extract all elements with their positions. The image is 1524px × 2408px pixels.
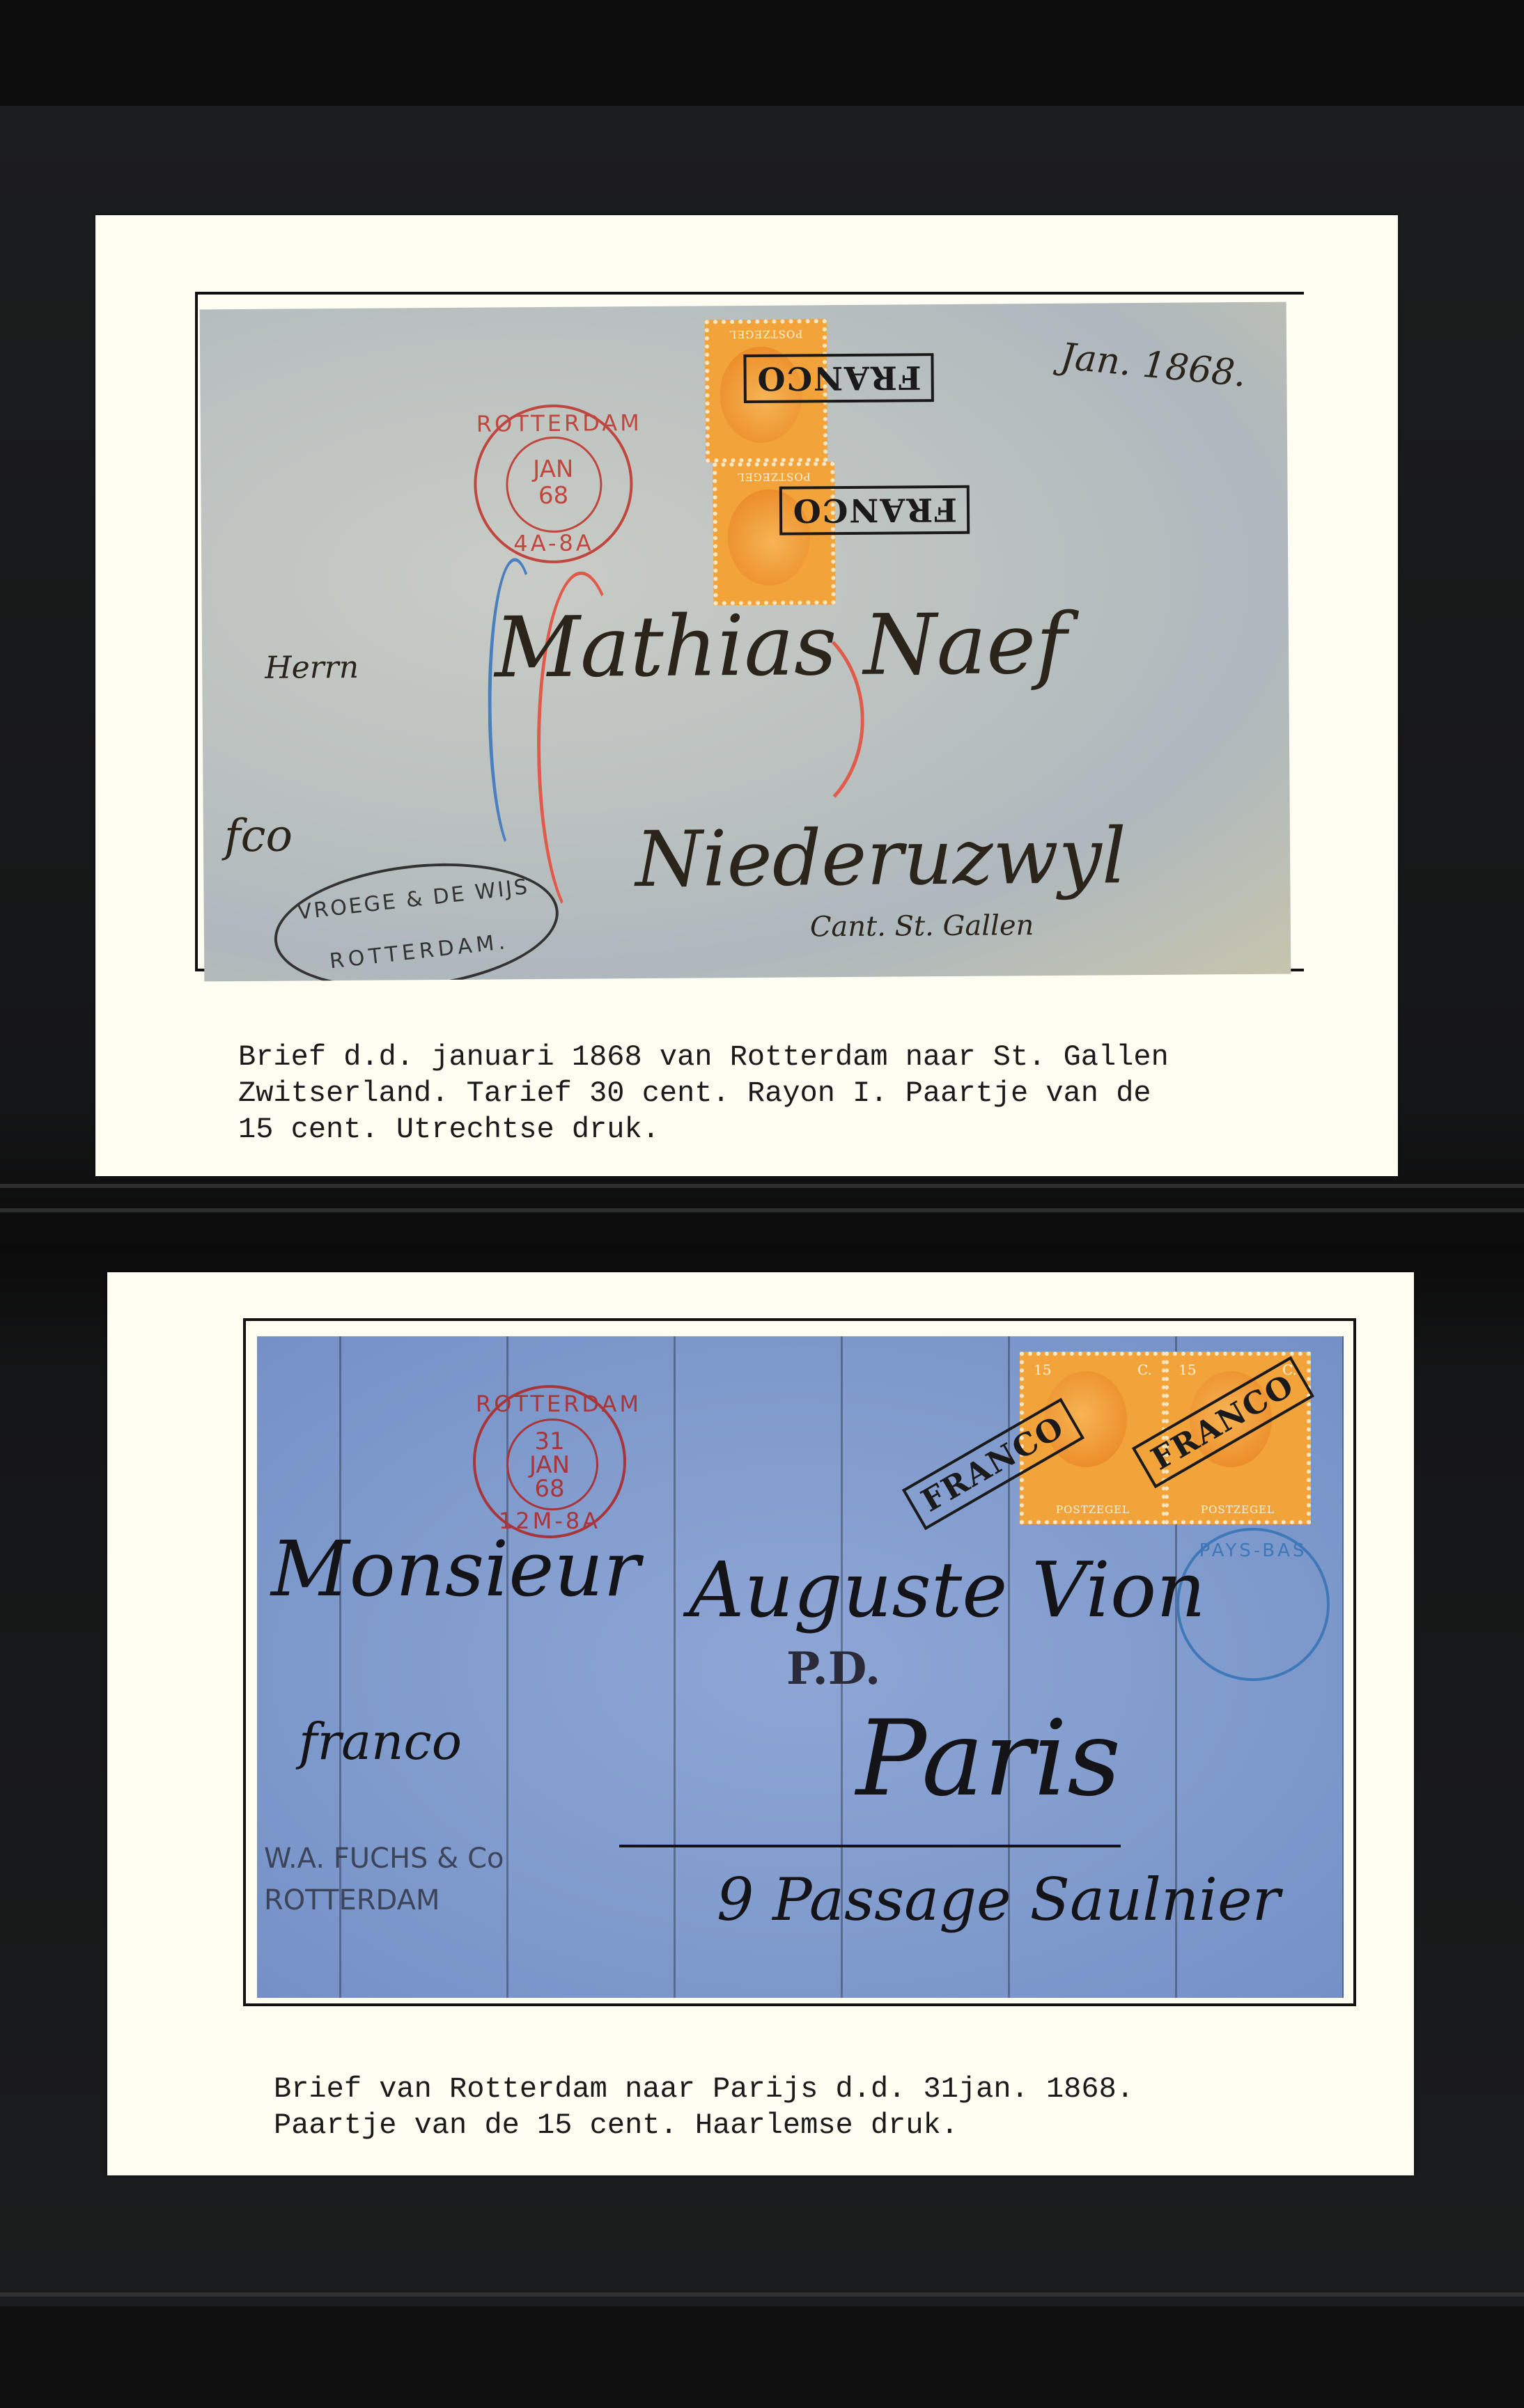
addressee-town: Niederuzwyl xyxy=(635,811,1127,904)
underline xyxy=(619,1845,1121,1847)
addressee-name: Auguste Vion xyxy=(689,1545,1206,1634)
salutation: Monsieur xyxy=(271,1524,640,1613)
page-separator-strip xyxy=(0,1208,1524,1212)
cover-2: ROTTERDAM 31 JAN 68 12M-8A 15 C. POSTZEG… xyxy=(257,1336,1344,1998)
album-page-2: ROTTERDAM 31 JAN 68 12M-8A 15 C. POSTZEG… xyxy=(107,1272,1414,2175)
salutation: Herrn xyxy=(265,650,359,686)
top-dark-band xyxy=(0,0,1524,106)
addressee-canton: Cant. St. Gallen xyxy=(810,909,1034,943)
addressee-name: Mathias Naef xyxy=(495,596,1067,697)
pd-mark: P.D. xyxy=(786,1643,880,1695)
franco-annotation: franco xyxy=(299,1712,462,1771)
rotterdam-postmark: ROTTERDAM JAN 68 4A-8A xyxy=(474,404,634,564)
album-page-1: ROTTERDAM JAN 68 4A-8A POSTZEGEL POSTZEG… xyxy=(95,215,1398,1176)
addressee-street: 9 Passage Saulnier xyxy=(717,1866,1280,1934)
date-note: Jan. 1868. xyxy=(1059,336,1248,396)
sender-stamp: W.A. FUCHS & Co ROTTERDAM xyxy=(264,1838,504,1921)
bottom-dark-band xyxy=(0,2319,1524,2408)
cover-1-caption: Brief d.d. januari 1868 van Rotterdam na… xyxy=(238,1039,1169,1148)
album-edge-strip xyxy=(0,2292,1524,2297)
cover-2-caption: Brief van Rotterdam naar Parijs d.d. 31j… xyxy=(274,2071,1134,2143)
franco-mark: FRANCO xyxy=(743,353,934,403)
cover-1: ROTTERDAM JAN 68 4A-8A POSTZEGEL POSTZEG… xyxy=(200,302,1291,982)
page-separator-strip xyxy=(0,1184,1524,1188)
rotterdam-postmark: ROTTERDAM 31 JAN 68 12M-8A xyxy=(473,1385,626,1538)
franco-annotation: fco xyxy=(224,811,293,863)
addressee-city: Paris xyxy=(856,1698,1121,1820)
sender-oval-stamp: VROEGE & DE WIJS ROTTERDAM. xyxy=(267,850,565,981)
franco-mark: FRANCO xyxy=(779,485,970,535)
